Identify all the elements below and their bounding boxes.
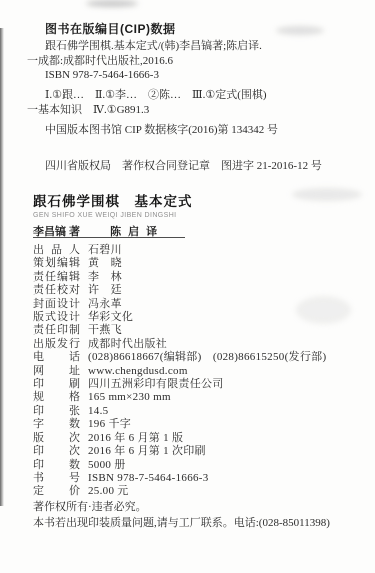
colophon-row-value: (028)86618667(编辑部) (028)86615250(发行部) <box>88 351 326 363</box>
colophon-row-value: 5000 册 <box>88 459 126 471</box>
footer-notices: 著作权所有·违者必究。 本书若出现印装质量问题,请与工厂联系。电话:(028-8… <box>33 500 330 531</box>
colophon-row-label: 网址 <box>33 365 80 378</box>
divider-rule <box>33 237 185 238</box>
colophon-row-label: 字数 <box>33 418 80 431</box>
cip-entry-line2: 一成都:成都时代出版社,2016.6 <box>27 54 262 69</box>
cip-classification: Ⅰ.①跟… Ⅱ.①李… ②陈… Ⅲ.①定式(围棋) 一基本知识 Ⅳ.①G891.… <box>27 88 267 118</box>
colophon-row-value: 14.5 <box>88 405 108 417</box>
colophon-row-label: 书号 <box>33 472 80 485</box>
colophon-row: 责任编辑李 林 <box>33 271 326 284</box>
colophon-list: 出品人石碧川策划编辑黄 晓责任编辑李 林责任校对许 廷封面设计冯永革版式设计华彩… <box>33 244 326 499</box>
copyright-registration-line: 四川省版权局 著作权合同登记章 图进字 21-2016-12 号 <box>45 157 322 173</box>
book-title: 跟石佛学围棋 基本定式 <box>33 190 193 210</box>
colophon-row-value: 黄 晓 <box>88 257 122 269</box>
colophon-row: 书号ISBN 978-7-5464-1666-3 <box>33 472 326 485</box>
colophon-row-label: 印次 <box>33 445 80 458</box>
colophon-row-label: 定价 <box>33 485 80 498</box>
colophon-row-label: 版次 <box>33 432 80 445</box>
colophon-row: 印刷四川五洲彩印有限责任公司 <box>33 378 326 391</box>
colophon-row: 印张14.5 <box>33 405 326 418</box>
cip-heading: 图书在版编目(CIP)数据 <box>45 20 176 37</box>
colophon-row-label: 印刷 <box>33 378 80 391</box>
colophon-row-label: 版式设计 <box>33 311 80 324</box>
quality-notice: 本书若出现印装质量问题,请与工厂联系。电话:(028-85011398) <box>33 516 330 532</box>
colophon-row-value: 石碧川 <box>88 244 122 256</box>
colophon-row-label: 规格 <box>33 391 80 404</box>
colophon-row-label: 封面设计 <box>33 298 80 311</box>
colophon-row-value: www.chengdusd.com <box>88 365 188 377</box>
colophon-row-value: 华彩文化 <box>88 311 133 323</box>
cip-entry-isbn: ISBN 978-7-5464-1666-3 <box>27 68 262 83</box>
colophon-row: 电话(028)86618667(编辑部) (028)86615250(发行部) <box>33 351 326 364</box>
cip-entry-line1: 跟石佛学围棋.基本定式/(韩)李昌镐著;陈启译. <box>27 39 262 54</box>
colophon-row: 出版发行成都时代出版社 <box>33 338 326 351</box>
colophon-row-value: 干燕飞 <box>88 324 122 336</box>
colophon-row: 版式设计华彩文化 <box>33 311 326 324</box>
colophon-row: 字数196 千字 <box>33 418 326 431</box>
colophon-row-label: 印数 <box>33 459 80 472</box>
colophon-row: 网址www.chengdusd.com <box>33 365 326 378</box>
cip-record-number: 中国版本图书馆 CIP 数据核字(2016)第 134342 号 <box>45 121 278 137</box>
scan-smudge <box>86 0 138 7</box>
copyright-notice: 著作权所有·违者必究。 <box>33 500 330 516</box>
scan-edge-shadow <box>0 28 4 506</box>
colophon-row: 出品人石碧川 <box>33 244 326 257</box>
colophon-row-value: 2016 年 6 月第 1 版 <box>88 432 183 444</box>
colophon-row: 印数5000 册 <box>33 459 326 472</box>
cip-entry: 跟石佛学围棋.基本定式/(韩)李昌镐著;陈启译. 一成都:成都时代出版社,201… <box>27 39 262 83</box>
colophon-row-value: 25.00 元 <box>88 485 129 497</box>
colophon-row: 印次2016 年 6 月第 1 次印刷 <box>33 445 326 458</box>
colophon-row-value: 四川五洲彩印有限责任公司 <box>88 378 224 390</box>
colophon-row: 版次2016 年 6 月第 1 版 <box>33 432 326 445</box>
colophon-row-value: 冯永革 <box>88 298 122 310</box>
colophon-row-label: 责任印制 <box>33 324 80 337</box>
book-title-pinyin: GEN SHIFO XUE WEIQI JIBEN DINGSHI <box>33 212 193 219</box>
colophon-row-label: 责任校对 <box>33 284 80 297</box>
copyright-page: 图书在版编目(CIP)数据 跟石佛学围棋.基本定式/(韩)李昌镐著;陈启译. 一… <box>0 0 375 573</box>
colophon-row-label: 策划编辑 <box>33 257 80 270</box>
colophon-row: 责任校对许 廷 <box>33 284 326 297</box>
scan-smudge <box>292 188 362 201</box>
colophon-row: 策划编辑黄 晓 <box>33 257 326 270</box>
colophon-row-label: 印张 <box>33 405 80 418</box>
colophon-row-value: 李 林 <box>88 271 122 283</box>
colophon-row-label: 责任编辑 <box>33 271 80 284</box>
title-block: 跟石佛学围棋 基本定式 GEN SHIFO XUE WEIQI JIBEN DI… <box>33 190 193 239</box>
colophon-row-value: 196 千字 <box>88 418 131 430</box>
colophon-row-value: 许 廷 <box>88 284 122 296</box>
colophon-row-value: 165 mm×230 mm <box>88 391 171 403</box>
colophon-row-value: 2016 年 6 月第 1 次印刷 <box>88 445 206 457</box>
colophon-row: 定价25.00 元 <box>33 485 326 498</box>
colophon-row: 规格165 mm×230 mm <box>33 391 326 404</box>
colophon-row: 封面设计冯永革 <box>33 298 326 311</box>
colophon-row: 责任印制干燕飞 <box>33 324 326 337</box>
colophon-row-value: ISBN 978-7-5464-1666-3 <box>88 472 209 484</box>
colophon-row-value: 成都时代出版社 <box>88 338 167 350</box>
cip-class-line2: 一基本知识 Ⅳ.①G891.3 <box>27 103 267 118</box>
colophon-row-label: 出品人 <box>33 244 80 257</box>
colophon-row-label: 出版发行 <box>33 338 80 351</box>
cip-class-line1: Ⅰ.①跟… Ⅱ.①李… ②陈… Ⅲ.①定式(围棋) <box>27 88 267 103</box>
colophon-row-label: 电话 <box>33 351 80 364</box>
scan-smudge <box>276 26 324 35</box>
